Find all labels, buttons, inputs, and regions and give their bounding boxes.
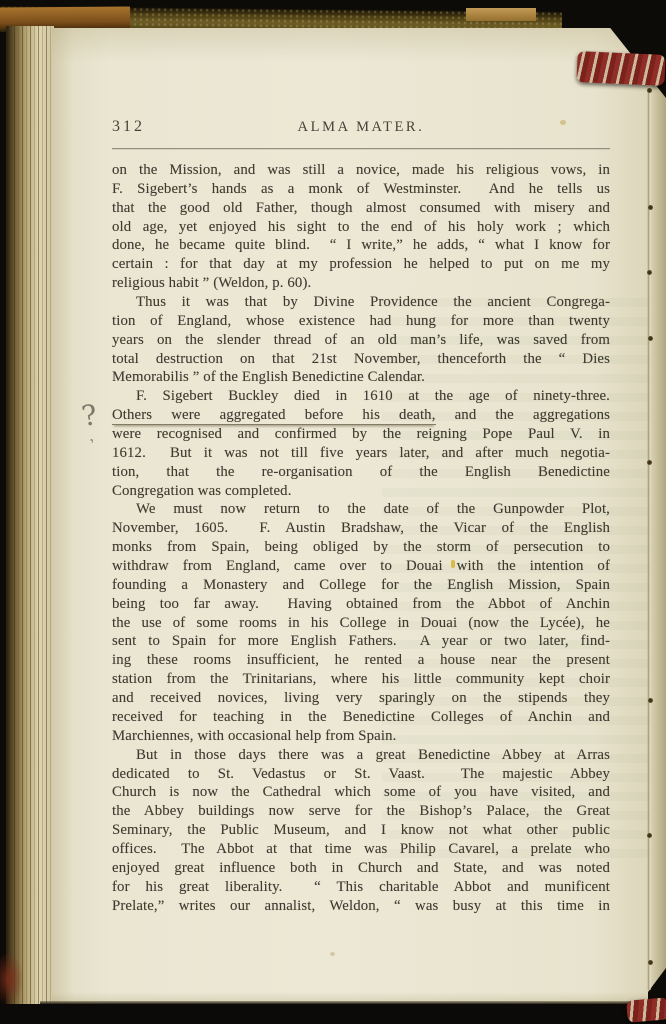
background-bottom bbox=[0, 1004, 666, 1024]
text-line: Memorabilis ” of the English Benedictine… bbox=[112, 368, 610, 387]
text-line: We must now return to the date of the Gu… bbox=[112, 500, 610, 519]
text-line: Seminary, the Public Museum, and I know … bbox=[112, 821, 610, 840]
text-line: years on the slender thread of an old ma… bbox=[112, 331, 610, 350]
text-line: the Abbey buildings now serve for the Bi… bbox=[112, 802, 610, 821]
header-rule bbox=[112, 148, 610, 149]
text-line: tion of England, whose existence had hun… bbox=[112, 312, 610, 331]
running-title: ALMA MATER. bbox=[112, 119, 610, 136]
text-line: for his great liberality. “ This charita… bbox=[112, 878, 610, 897]
text-line: that the good old Father, though almost … bbox=[112, 199, 610, 218]
sewing-speck bbox=[647, 460, 652, 465]
text-line: station from the Trinitarians, where his… bbox=[112, 670, 610, 689]
sewing-speck bbox=[647, 88, 652, 93]
text-line: Thus it was that by Divine Providence th… bbox=[112, 293, 610, 312]
pencil-underlined-text: Others were aggregated before his death, bbox=[112, 407, 436, 425]
foxing-speck bbox=[451, 560, 455, 568]
sewing-speck bbox=[647, 270, 652, 275]
text-line: Others were aggregated before his death,… bbox=[112, 406, 610, 425]
text-line: done, he became quite blind. “ I write,”… bbox=[112, 236, 610, 255]
text-line: enjoyed great influence both in Church a… bbox=[112, 859, 610, 878]
text-line: old age, yet enjoyed his sight to the en… bbox=[112, 218, 610, 237]
text-line: certain : for that day at my profession … bbox=[112, 255, 610, 274]
text-line: F. Sigebert Buckley died in 1610 at the … bbox=[112, 387, 610, 406]
book-photo: { "page": { "number": "312", "running_ti… bbox=[0, 0, 666, 1024]
stack-stain bbox=[0, 952, 24, 1006]
text-line: F. Sigebert’s hands as a monk of Westmin… bbox=[112, 180, 610, 199]
text-line: founding a Monastery and College for the… bbox=[112, 576, 610, 595]
text-line: Marchiennes, with occasional help from S… bbox=[112, 727, 610, 746]
sewing-speck bbox=[648, 336, 653, 341]
text-line: were recognised and confirmed by the rei… bbox=[112, 425, 610, 444]
binding-crease bbox=[647, 88, 651, 990]
text-line: monks from Spain, being obliged by the s… bbox=[112, 538, 610, 557]
text-line: dedicated to St. Vedastus or St. Vaast. … bbox=[112, 765, 610, 784]
foxing-speck bbox=[330, 952, 335, 956]
text-line: total destruction on that 21st November,… bbox=[112, 350, 610, 369]
sewing-speck bbox=[647, 833, 652, 838]
text-line: being too far away. Having obtained from… bbox=[112, 595, 610, 614]
text-line: the use of some rooms in his College in … bbox=[112, 614, 610, 633]
foxing-speck bbox=[560, 120, 566, 125]
sewing-speck bbox=[648, 205, 653, 210]
text-line: religious habit ” (Weldon, p. 60). bbox=[112, 274, 610, 293]
text-line: and received novices, living very sparin… bbox=[112, 689, 610, 708]
text-line: Prelate,” writes our annalist, Weldon, “… bbox=[112, 897, 610, 916]
sewing-speck bbox=[648, 698, 653, 703]
text-line: withdraw from England, came over to Doua… bbox=[112, 557, 610, 576]
headband bbox=[626, 997, 666, 1023]
text-line: But in those days there was a great Bene… bbox=[112, 746, 610, 765]
text-line: tion, that the re-organisation of the En… bbox=[112, 463, 610, 482]
page-gutter-edge bbox=[651, 28, 666, 1006]
sewing-speck bbox=[648, 960, 653, 965]
text-line: received for teaching in the Benedictine… bbox=[112, 708, 610, 727]
body-text: on the Mission, and was still a novice, … bbox=[112, 161, 610, 915]
text-line: sent to Spain for more English Fathers. … bbox=[112, 632, 610, 651]
text-line: Church is now the Cathedral which some o… bbox=[112, 783, 610, 802]
text-line: 1612. But it was not till five years lat… bbox=[112, 444, 610, 463]
headband bbox=[576, 51, 665, 86]
text-line: Congregation was completed. bbox=[112, 482, 610, 501]
text-line: November, 1605. F. Austin Bradshaw, the … bbox=[112, 519, 610, 538]
text-line: on the Mission, and was still a novice, … bbox=[112, 161, 610, 180]
page-stack-edge bbox=[6, 26, 54, 1008]
cover-worn-patch bbox=[466, 8, 536, 21]
text-line: ing these rooms insufficient, he rented … bbox=[112, 651, 610, 670]
text-line: offices. The Abbot at that time was Phil… bbox=[112, 840, 610, 859]
